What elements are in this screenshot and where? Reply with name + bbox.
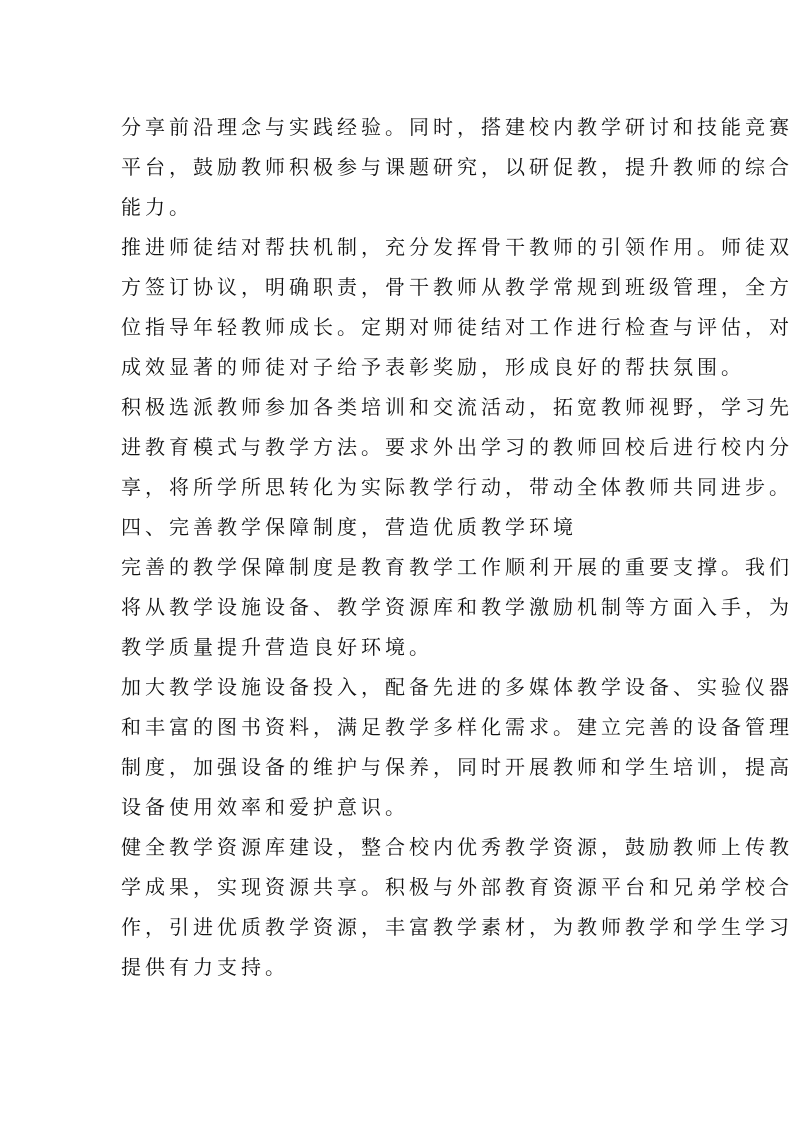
text-line: 平台，鼓励教师积极参与课题研究，以研促教，提升教师的综合 [121,147,681,187]
text-line: 提供有力支持。 [121,947,681,987]
text-line: 加大教学设施设备投入，配备先进的多媒体教学设备、实验仪器 [121,667,681,707]
text-line: 方签订协议，明确职责，骨干教师从教学常规到班级管理，全方 [121,267,681,307]
text-line: 完善的教学保障制度是教育教学工作顺利开展的重要支撑。我们 [121,547,681,587]
section-heading-4: 四、完善教学保障制度，营造优质教学环境 [121,507,681,547]
paragraph-training-exchange: 积极选派教师参加各类培训和交流活动，拓宽教师视野，学习先 进教育模式与教学方法。… [121,387,681,507]
paragraph-resource-library: 健全教学资源库建设，整合校内优秀教学资源，鼓励教师上传教 学成果，实现资源共享。… [121,827,681,987]
text-line: 享，将所学所思转化为实际教学行动，带动全体教师共同进步。 [121,467,681,507]
text-line: 设备使用效率和爱护意识。 [121,787,681,827]
text-line: 和丰富的图书资料，满足教学多样化需求。建立完善的设备管理 [121,707,681,747]
text-line: 作，引进优质教学资源，丰富教学素材，为教师教学和学生学习 [121,907,681,947]
text-line: 积极选派教师参加各类培训和交流活动，拓宽教师视野，学习先 [121,387,681,427]
text-line: 教学质量提升营造良好环境。 [121,627,681,667]
paragraph-facilities: 加大教学设施设备投入，配备先进的多媒体教学设备、实验仪器 和丰富的图书资料，满足… [121,667,681,827]
text-line: 制度，加强设备的维护与保养，同时开展教师和学生培训，提高 [121,747,681,787]
text-line: 成效显著的师徒对子给予表彰奖励，形成良好的帮扶氛围。 [121,347,681,387]
text-line: 位指导年轻教师成长。定期对师徒结对工作进行检查与评估，对 [121,307,681,347]
text-line: 进教育模式与教学方法。要求外出学习的教师回校后进行校内分 [121,427,681,467]
text-line: 将从教学设施设备、教学资源库和教学激励机制等方面入手，为 [121,587,681,627]
text-line: 能力。 [121,187,681,227]
text-line: 健全教学资源库建设，整合校内优秀教学资源，鼓励教师上传教 [121,827,681,867]
text-line: 学成果，实现资源共享。积极与外部教育资源平台和兄弟学校合 [121,867,681,907]
text-line: 分享前沿理念与实践经验。同时，搭建校内教学研讨和技能竞赛 [121,107,681,147]
paragraph-teacher-exchange-platform: 分享前沿理念与实践经验。同时，搭建校内教学研讨和技能竞赛 平台，鼓励教师积极参与… [121,107,681,227]
document-page: 分享前沿理念与实践经验。同时，搭建校内教学研讨和技能竞赛 平台，鼓励教师积极参与… [121,107,681,987]
heading-text: 四、完善教学保障制度，营造优质教学环境 [121,507,681,547]
paragraph-guarantee-intro: 完善的教学保障制度是教育教学工作顺利开展的重要支撑。我们 将从教学设施设备、教学… [121,547,681,667]
text-line: 推进师徒结对帮扶机制，充分发挥骨干教师的引领作用。师徒双 [121,227,681,267]
paragraph-mentorship: 推进师徒结对帮扶机制，充分发挥骨干教师的引领作用。师徒双 方签订协议，明确职责，… [121,227,681,387]
